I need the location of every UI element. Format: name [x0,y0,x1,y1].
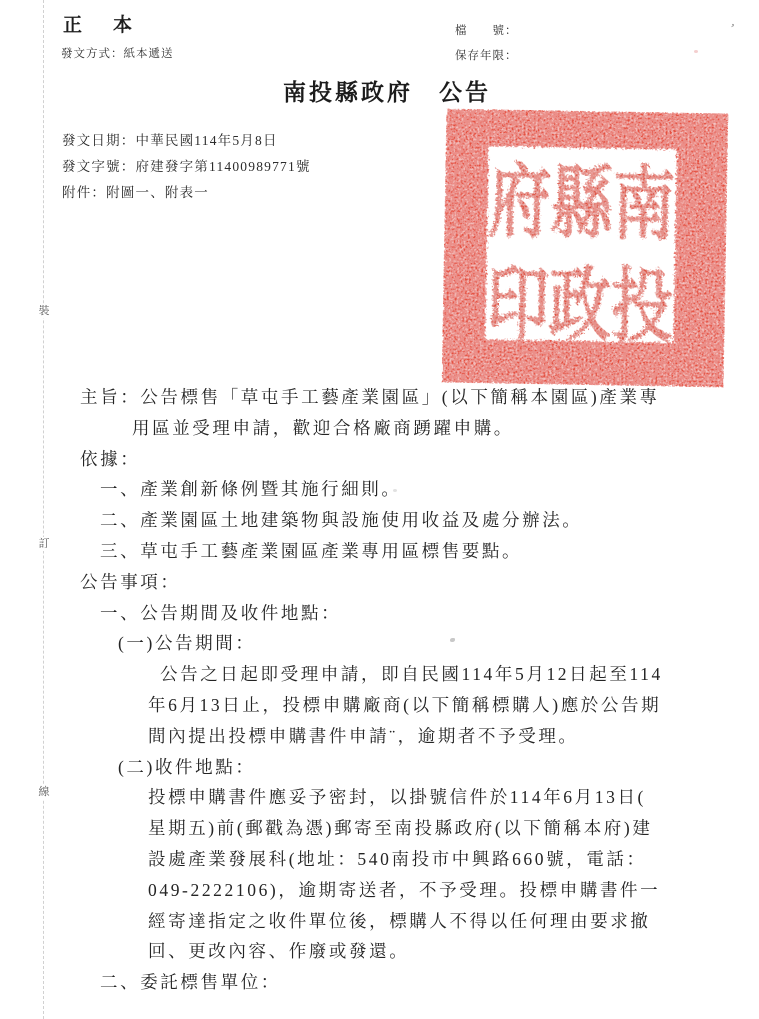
document-line: 回、更改內容、作廢或發還。 [148,936,759,967]
seal-char-tou: 投 [610,262,674,353]
document-line: 公告事項： [80,567,759,598]
copy-type-label: 正 本 [63,10,138,37]
document-page: 裝 訂 線 正 本 發文方式：紙本遞送 檔 號： 保存年限： 南投縣政府 公告 … [0,0,759,1019]
document-line: 年6月13日止，投標申購廠商(以下簡稱標購人)應於公告期 [148,690,759,721]
document-line: 星期五)前(郵戳為憑)郵寄至南投縣政府(以下簡稱本府)建 [148,813,759,844]
scan-artifact-mark: ’ [727,22,736,39]
seal-graphic: 南 投 縣 政 府 印 [442,109,729,388]
document-line: 經寄達指定之收件單位後，標購人不得以任何理由要求撤 [148,906,759,937]
document-number-line: 發文字號：府建發字第11400989771號 [62,155,311,175]
document-body: 主旨：公告標售「草屯手工藝產業園區」(以下簡稱本園區)產業專用區並受理申請，歡迎… [0,382,759,998]
retention-period-label: 保存年限： [455,47,518,63]
seal-char-nan: 南 [612,160,676,251]
document-title: 南投縣政府 公告 [283,74,491,107]
document-line: 主旨：公告標售「草屯手工藝產業園區」(以下簡稱本園區)產業專 [80,382,759,413]
document-line: 用區並受理申請，歡迎合格廠商踴躍申購。 [132,413,759,444]
delivery-method-label: 發文方式：紙本遞送 [61,45,174,61]
document-line: 設處產業發展科(地址：540南投市中興路660號，電話： [148,844,759,875]
seal-char-fu: 府 [488,158,552,249]
issue-date-line: 發文日期：中華民國114年5月8日 [62,129,278,149]
seal-char-zheng: 政 [548,261,612,352]
seal-char-xian: 縣 [550,159,615,250]
document-line: 二、產業園區土地建築物與設施使用收益及處分辦法。 [100,505,759,536]
document-line: (一)公告期間： [118,628,759,659]
document-line: (二)收件地點： [118,752,759,783]
document-line: 三、草屯手工藝產業園區產業專用區標售要點。 [100,536,759,567]
document-line: 一、公告期間及收件地點： [100,598,759,629]
document-line: 間內提出投標申購書件申請¨，逾期者不予受理。 [148,721,759,752]
document-line: 依據： [80,444,759,475]
document-line: 一、產業創新條例暨其施行細則。 [100,474,759,505]
binding-mark-zhuang: 裝 [36,304,52,318]
document-line: 公告之日起即受理申請，即自民國114年5月12日起至114 [160,659,759,690]
official-seal-stamp: 南 投 縣 政 府 印 [442,109,729,388]
seal-char-yin: 印 [486,260,550,351]
document-line: 二、委託標售單位： [100,967,759,998]
file-number-label: 檔 號： [455,22,518,38]
document-line: 049-2222106)，逾期寄送者，不予受理。投標申購書件一 [148,875,759,906]
scan-artifact-speck [694,50,698,53]
attachment-line: 附件：附圖一、附表一 [62,181,209,201]
document-line: 投標申購書件應妥予密封，以掛號信件於114年6月13日( [148,782,759,813]
